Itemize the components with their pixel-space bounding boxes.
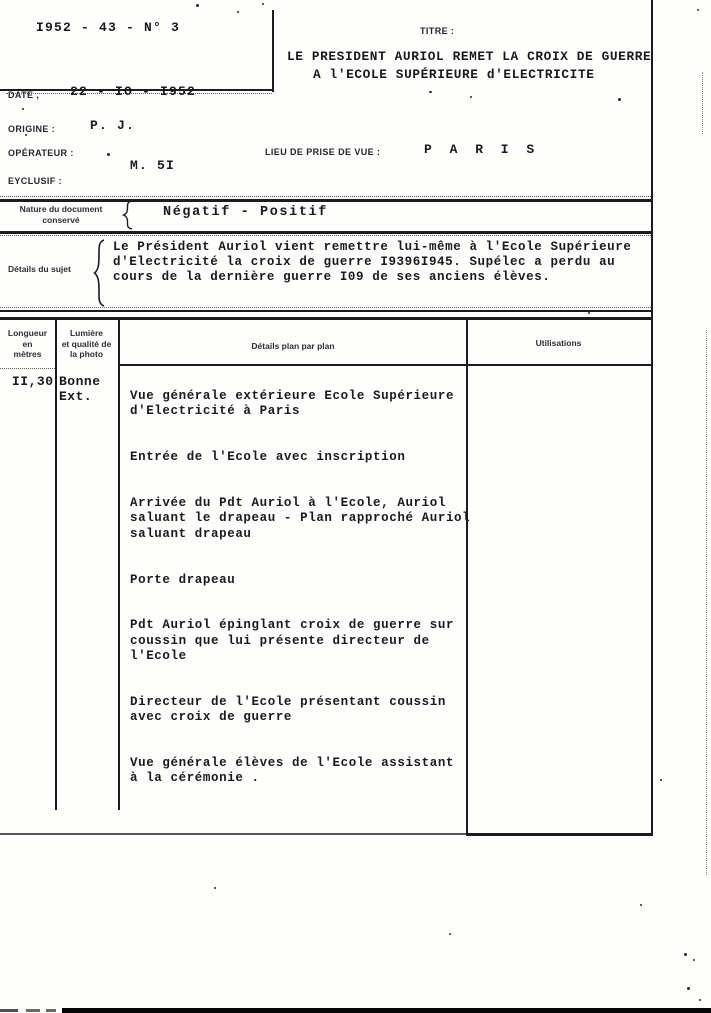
cell-lumiere: Bonne Ext. (59, 374, 101, 404)
lieu-value: P A R I S (424, 142, 539, 158)
section-rule-1 (0, 199, 652, 202)
origine-label: ORIGINE : (8, 124, 55, 134)
plan-item: Vue générale élèves de l'Ecole assistant… (130, 756, 482, 786)
rule-dotted (0, 307, 651, 308)
cell-details-plans: Vue générale extérieure Ecole Supérieure… (130, 374, 482, 817)
table-bottom-border-left (0, 833, 466, 835)
archive-form-page: I952 - 43 - N° 3 TITRE : LE PRESIDENT AU… (0, 0, 711, 1013)
scan-bottom-dash (0, 1009, 18, 1012)
sujet-label: Détails du sujet (8, 264, 71, 275)
scan-bottom-dash (46, 1009, 56, 1012)
scan-edge-dotted (706, 330, 707, 875)
table-header-longueur: Longueur en mètres (0, 328, 55, 360)
exclusif-label: EYCLUSIF : (8, 176, 62, 186)
scan-speck (684, 953, 687, 956)
scan-speck (196, 4, 199, 7)
cell-utilisations (470, 374, 650, 829)
scan-speck (640, 904, 642, 906)
reference-number: I952 - 43 - N° 3 (36, 20, 180, 36)
page-right-rule (651, 0, 653, 834)
scan-speck (697, 9, 699, 11)
title-line2: A l'ECOLE SUPÉRIEURE d'ELECTRICITE (313, 67, 595, 82)
origine-value: P. J. (90, 118, 135, 134)
section-rule-2 (0, 231, 651, 234)
scan-speck (237, 11, 239, 13)
table-header-bottom-border (120, 364, 652, 366)
plan-item: Arrivée du Pdt Auriol à l'Ecole, Auriol … (130, 496, 482, 542)
table-header-bottom-dotted (0, 368, 55, 369)
plan-item: Vue générale extérieure Ecole Supérieure… (130, 389, 482, 419)
section-rule-3 (0, 310, 651, 312)
scan-edge-dotted (702, 72, 703, 134)
plan-item: Entrée de l'Ecole avec inscription (130, 450, 482, 465)
scan-bottom-bar (62, 1008, 711, 1013)
scan-speck (107, 153, 110, 156)
scan-speck (25, 134, 27, 136)
scan-speck (693, 959, 695, 961)
scan-bottom-dash (26, 1009, 40, 1012)
sujet-text: Le Président Auriol vient remettre lui-m… (113, 240, 631, 286)
cell-longueur: II,30 (12, 374, 54, 389)
brace-icon (122, 200, 134, 230)
brace-icon (93, 239, 107, 307)
plan-item: Pdt Auriol épinglant croix de guerre sur… (130, 618, 482, 664)
scan-speck (588, 312, 590, 314)
plan-item: Porte drapeau (130, 573, 482, 588)
operateur-value: M. 5I (130, 158, 175, 174)
nature-label: Nature du document conservé (10, 204, 112, 225)
table-col1-divider (55, 320, 57, 810)
scan-speck (429, 91, 432, 93)
rule-dotted (0, 196, 651, 197)
operateur-label: OPÉRATEUR : (8, 148, 74, 158)
table-header-utilisations: Utilisations (466, 338, 651, 349)
plan-item: Directeur de l'Ecole présentant coussin … (130, 695, 482, 725)
lieu-label: LIEU DE PRISE DE VUE : (265, 147, 380, 157)
nature-value: Négatif - Positif (163, 205, 328, 220)
table-col2-divider (118, 320, 120, 810)
table-header-lumiere: Lumière et qualité de la photo (55, 328, 118, 360)
titre-label: TITRE : (420, 26, 454, 36)
reference-box-right-rule (272, 10, 274, 92)
title-line1: LE PRESIDENT AURIOL REMET LA CROIX DE GU… (287, 49, 651, 64)
table-top-border (0, 317, 652, 320)
date-value: 22 - IO - I952 (70, 84, 196, 100)
scan-speck (687, 987, 690, 990)
date-label: DATE , (8, 90, 39, 100)
scan-speck (449, 933, 451, 935)
scan-speck (660, 779, 662, 781)
scan-speck (618, 98, 621, 101)
table-bottom-border-right (466, 833, 653, 836)
table-header-details: Détails plan par plan (120, 341, 466, 352)
rule-dotted (0, 235, 651, 236)
scan-speck (262, 3, 264, 5)
scan-speck (699, 999, 701, 1001)
scan-speck (470, 96, 472, 98)
scan-speck (22, 108, 24, 110)
scan-speck (214, 887, 216, 889)
